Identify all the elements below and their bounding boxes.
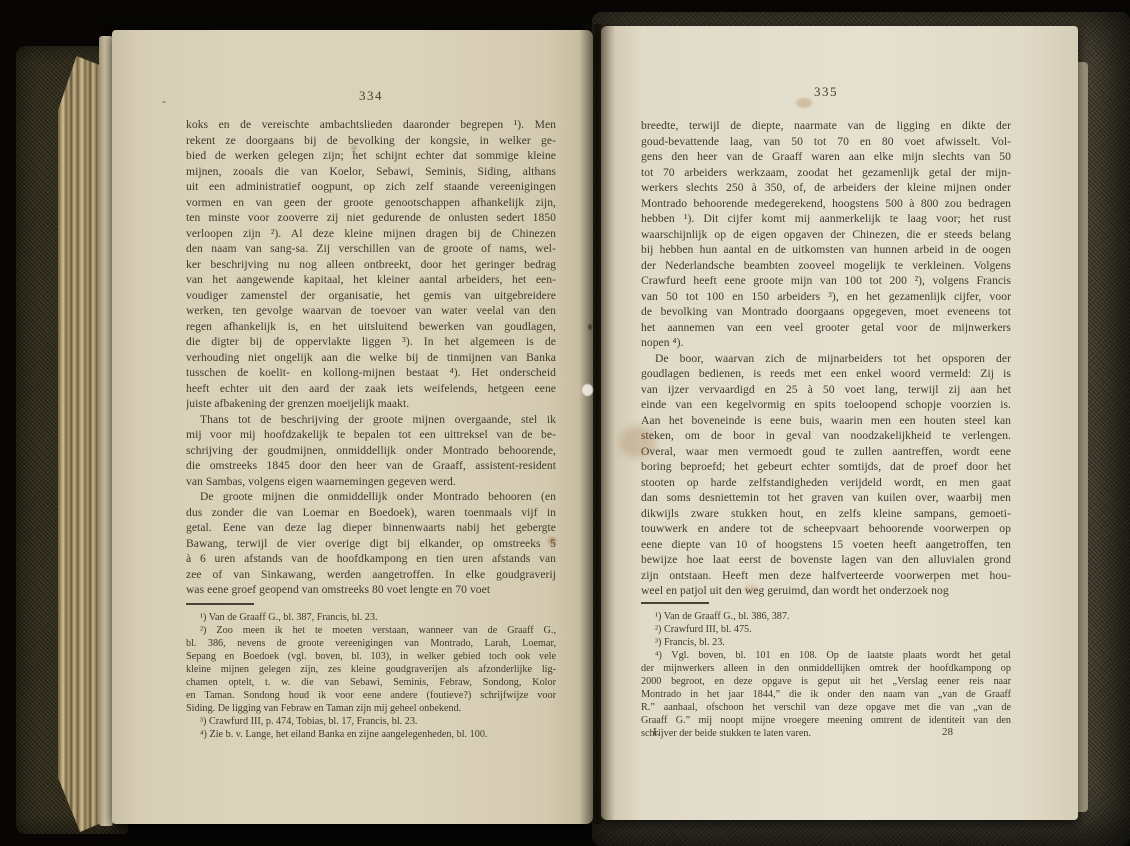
page-left: - 334 koks en de vereischte ambachtslied… bbox=[112, 30, 593, 824]
body-text-right: breedte, terwijl de diepte, naarmate van… bbox=[641, 118, 1011, 599]
text-line: goud-bevattende laag, van 50 tot 70 en 8… bbox=[641, 134, 1011, 150]
text-line: ⁴) Vgl. boven, bl. 101 en 108. Op de laa… bbox=[641, 649, 1011, 662]
paragraph: ¹) Van de Graaff G., bl. 386, 387. bbox=[641, 610, 1011, 623]
paragraph: ²) Zoo meen ik het te moeten verstaan, w… bbox=[186, 624, 556, 715]
text-line: steken, om de boor in geval van noodzake… bbox=[641, 428, 1011, 444]
text-line: van ijzer vervaardigd en 25 à 50 voet la… bbox=[641, 382, 1011, 398]
text-line: Siding. De ligging van Febraw en Taman z… bbox=[186, 702, 556, 715]
text-line: Aan het boveneinde is eene buis, waarin … bbox=[641, 413, 1011, 429]
text-line: rekent ze doorgaans bij de bevolking der… bbox=[186, 133, 556, 149]
text-line: en Taman. Sondong houd ik voor eene ande… bbox=[186, 689, 556, 702]
text-line: goudlagen bedienen, is reeds met een enk… bbox=[641, 366, 1011, 382]
text-line: zijn ontstaan. Heeft men deze halfvertee… bbox=[641, 568, 1011, 584]
text-line: verhouding niet ongelijk aan die welke b… bbox=[186, 350, 556, 366]
text-line: der mijnwerkers alleen in den onmiddelli… bbox=[641, 662, 1011, 675]
text-line: van 50 tot 100 en 150 arbeiders ³), en h… bbox=[641, 289, 1011, 305]
text-line: heeft echter uit den aard der zaak iets … bbox=[186, 381, 556, 397]
text-line: van het aangewende kapitaal, het kleiner… bbox=[186, 272, 556, 288]
text-line: waarschijnlijk op de eigen opgaven der C… bbox=[641, 227, 1011, 243]
text-line: dan soms desniettemin tot het graven van… bbox=[641, 490, 1011, 506]
footnote-rule-left bbox=[186, 603, 254, 605]
paragraph: ²) Crawfurd III, bl. 475. bbox=[641, 623, 1011, 636]
text-line: boring beproefd; het gebeurt echter somt… bbox=[641, 459, 1011, 475]
text-line: uit een administratief oogpunt, op zich … bbox=[186, 179, 556, 195]
page-right: 335 breedte, terwijl de diepte, naarmate… bbox=[601, 26, 1078, 820]
text-line: breedte, terwijl de diepte, naarmate van… bbox=[641, 118, 1011, 134]
text-line: ²) Zoo meen ik het te moeten verstaan, w… bbox=[186, 624, 556, 637]
paragraph: ³) Francis, bl. 23. bbox=[641, 636, 1011, 649]
text-line: De groote mijnen die onmiddellijk onder … bbox=[186, 489, 556, 505]
paragraph: koks en de vereischte ambachtslieden daa… bbox=[186, 117, 556, 412]
page-number-right: 335 bbox=[641, 84, 1011, 100]
text-line: weel en patjol uit den weg geruimd, dan … bbox=[641, 583, 1011, 599]
body-text-left: koks en de vereischte ambachtslieden daa… bbox=[186, 117, 556, 598]
text-line: de bevolking van Montrado doorgaans opge… bbox=[641, 304, 1011, 320]
text-line: ¹) Van de Graaff G., bl. 386, 387. bbox=[641, 610, 1011, 623]
text-line: ⁴) Zie b. v. Lange, het eiland Banka en … bbox=[186, 728, 556, 741]
text-line: bij hebben hun aantal en de uitkomsten v… bbox=[641, 242, 1011, 258]
page-stack-light-edge bbox=[99, 36, 113, 826]
sheet-number: 28 bbox=[942, 726, 953, 738]
paragraph: ¹) Van de Graaff G., bl. 387, Francis, b… bbox=[186, 611, 556, 624]
footnotes-left: ¹) Van de Graaff G., bl. 387, Francis, b… bbox=[186, 611, 556, 741]
text-line: juiste afbakening der grenzen moeijelijk… bbox=[186, 396, 556, 412]
text-line: die omstreeks 1845 door den heer van de … bbox=[186, 458, 556, 474]
text-line: ten minste voor zooverre zij niet gedure… bbox=[186, 210, 556, 226]
text-line: getal. Eene van deze lag dieper binnenwa… bbox=[186, 520, 556, 536]
text-line: dus zonder die van Loemar en Boedoek), w… bbox=[186, 505, 556, 521]
text-line: ³) Crawfurd III, p. 474, Tobias, bl. 17,… bbox=[186, 715, 556, 728]
text-line: werkers slechts 250 à 350, of, de arbeid… bbox=[641, 180, 1011, 196]
paragraph: De groote mijnen die onmiddellijk onder … bbox=[186, 489, 556, 598]
paragraph: ⁴) Zie b. v. Lange, het eiland Banka en … bbox=[186, 728, 556, 741]
paragraph: breedte, terwijl de diepte, naarmate van… bbox=[641, 118, 1011, 351]
text-line: koks en de vereischte ambachtslieden daa… bbox=[186, 117, 556, 133]
text-line: R.” aanhaal, ofschoon het verschil van d… bbox=[641, 701, 1011, 714]
text-line: dikwijls zware stukken hout, en zelfs kl… bbox=[641, 506, 1011, 522]
page-number-left: 334 bbox=[186, 88, 556, 104]
text-line: touwwerk en andere tot de scheepvaart be… bbox=[641, 521, 1011, 537]
text-line: nopen ⁴). bbox=[641, 335, 1011, 351]
text-line: Bawang, terwijl de vier overige digt bij… bbox=[186, 536, 556, 552]
text-line: stooten op harde zelfstandigheden verijd… bbox=[641, 475, 1011, 491]
text-line: bewijze hoe laat eerst de bovenste lagen… bbox=[641, 552, 1011, 568]
text-line: vormen en van geen der groote genootscha… bbox=[186, 195, 556, 211]
text-line: kleine mijnen gelegen zijn, zes kleine g… bbox=[186, 663, 556, 676]
text-line: verloopen zijn ²). Al deze kleine mijnen… bbox=[186, 226, 556, 242]
text-line: tot 70 arbeiders werkzaam, zoodat het ge… bbox=[641, 165, 1011, 181]
footnotes-right: ¹) Van de Graaff G., bl. 386, 387.²) Cra… bbox=[641, 610, 1011, 740]
text-line: die digter bij de oppervlakte liggen ³).… bbox=[186, 334, 556, 350]
text-line: voudiger zamenstel der organisatie, het … bbox=[186, 288, 556, 304]
signature-row: I. 28 bbox=[641, 726, 1011, 738]
text-line: gens den heer van de Graaff waren aan el… bbox=[641, 149, 1011, 165]
text-line: der Nederlandsche beambten zooveel mogel… bbox=[641, 258, 1011, 274]
footnote-rule-right bbox=[641, 602, 709, 604]
text-line: was eene groef geopend van omstreeks 80 … bbox=[186, 582, 556, 598]
margin-mark: - bbox=[162, 94, 166, 109]
text-line: ¹) Van de Graaff G., bl. 387, Francis, b… bbox=[186, 611, 556, 624]
text-line: Thans tot de beschrijving der groote mij… bbox=[186, 412, 556, 428]
text-line: hebben ¹). Dit cijfer komt mij aanmerkel… bbox=[641, 211, 1011, 227]
text-line: eene diepte van 10 of hoogstens 15 voete… bbox=[641, 537, 1011, 553]
text-line: Crawfurd heeft eene groote mijn van 100 … bbox=[641, 273, 1011, 289]
text-line: den naam van sang-sa. Zij verschillen va… bbox=[186, 241, 556, 257]
text-line: chamen optelt, t. w. die van Sebawi, Sem… bbox=[186, 676, 556, 689]
paragraph: Thans tot de beschrijving der groote mij… bbox=[186, 412, 556, 490]
text-line: bl. 386, nevens de groote vereenigingen … bbox=[186, 637, 556, 650]
text-line: Montrado in het jaar 1844,” die ik onder… bbox=[641, 688, 1011, 701]
text-line: mij voor mij hoofdzakelijk te bepalen to… bbox=[186, 427, 556, 443]
text-line: ker beschrijving nu nog alleen ontbreekt… bbox=[186, 257, 556, 273]
text-line: mijnen, zooals die van Koelor, Sebawi, S… bbox=[186, 164, 556, 180]
text-line: einde van een kegelvormig en spits toelo… bbox=[641, 397, 1011, 413]
volume-signature: I. bbox=[653, 726, 659, 738]
paragraph: ³) Crawfurd III, p. 474, Tobias, bl. 17,… bbox=[186, 715, 556, 728]
text-line: van Sambas, volgens eigen waarnemingen g… bbox=[186, 474, 556, 490]
text-line: De boor, waarvan zich de mijnarbeiders t… bbox=[641, 351, 1011, 367]
text-line: ³) Francis, bl. 23. bbox=[641, 636, 1011, 649]
text-line: 2000 begroot, en deze opgave is geput ui… bbox=[641, 675, 1011, 688]
paragraph: De boor, waarvan zich de mijnarbeiders t… bbox=[641, 351, 1011, 599]
text-line: ²) Crawfurd III, bl. 475. bbox=[641, 623, 1011, 636]
text-line: bied de werken gelegen zijn; het schijnt… bbox=[186, 148, 556, 164]
text-line: zee of van Sinkawang, werden aangetroffe… bbox=[186, 567, 556, 583]
text-line: tusschen de koelit- en kollong-mijnen be… bbox=[186, 365, 556, 381]
text-line: Overal, waar men vermoedt goud te zullen… bbox=[641, 444, 1011, 460]
text-line: à 6 uren afstands van de hoofdkampong en… bbox=[186, 551, 556, 567]
text-line: werken, ten gevolge waarvan de toevoer v… bbox=[186, 303, 556, 319]
text-line: regen afhankelijk is, en het uitsluitend… bbox=[186, 319, 556, 335]
book-photograph: { "palette":{ "background":"#070605", "l… bbox=[0, 0, 1130, 846]
text-line: het aannemen van een veel grooter getal … bbox=[641, 320, 1011, 336]
text-line: Sepang en Boedoek (vgl. boven, bl. 103),… bbox=[186, 650, 556, 663]
text-line: Montrado behoorende medegerekend, hoogst… bbox=[641, 196, 1011, 212]
text-line: schrijving der goudmijnen, onmiddellijk … bbox=[186, 443, 556, 459]
